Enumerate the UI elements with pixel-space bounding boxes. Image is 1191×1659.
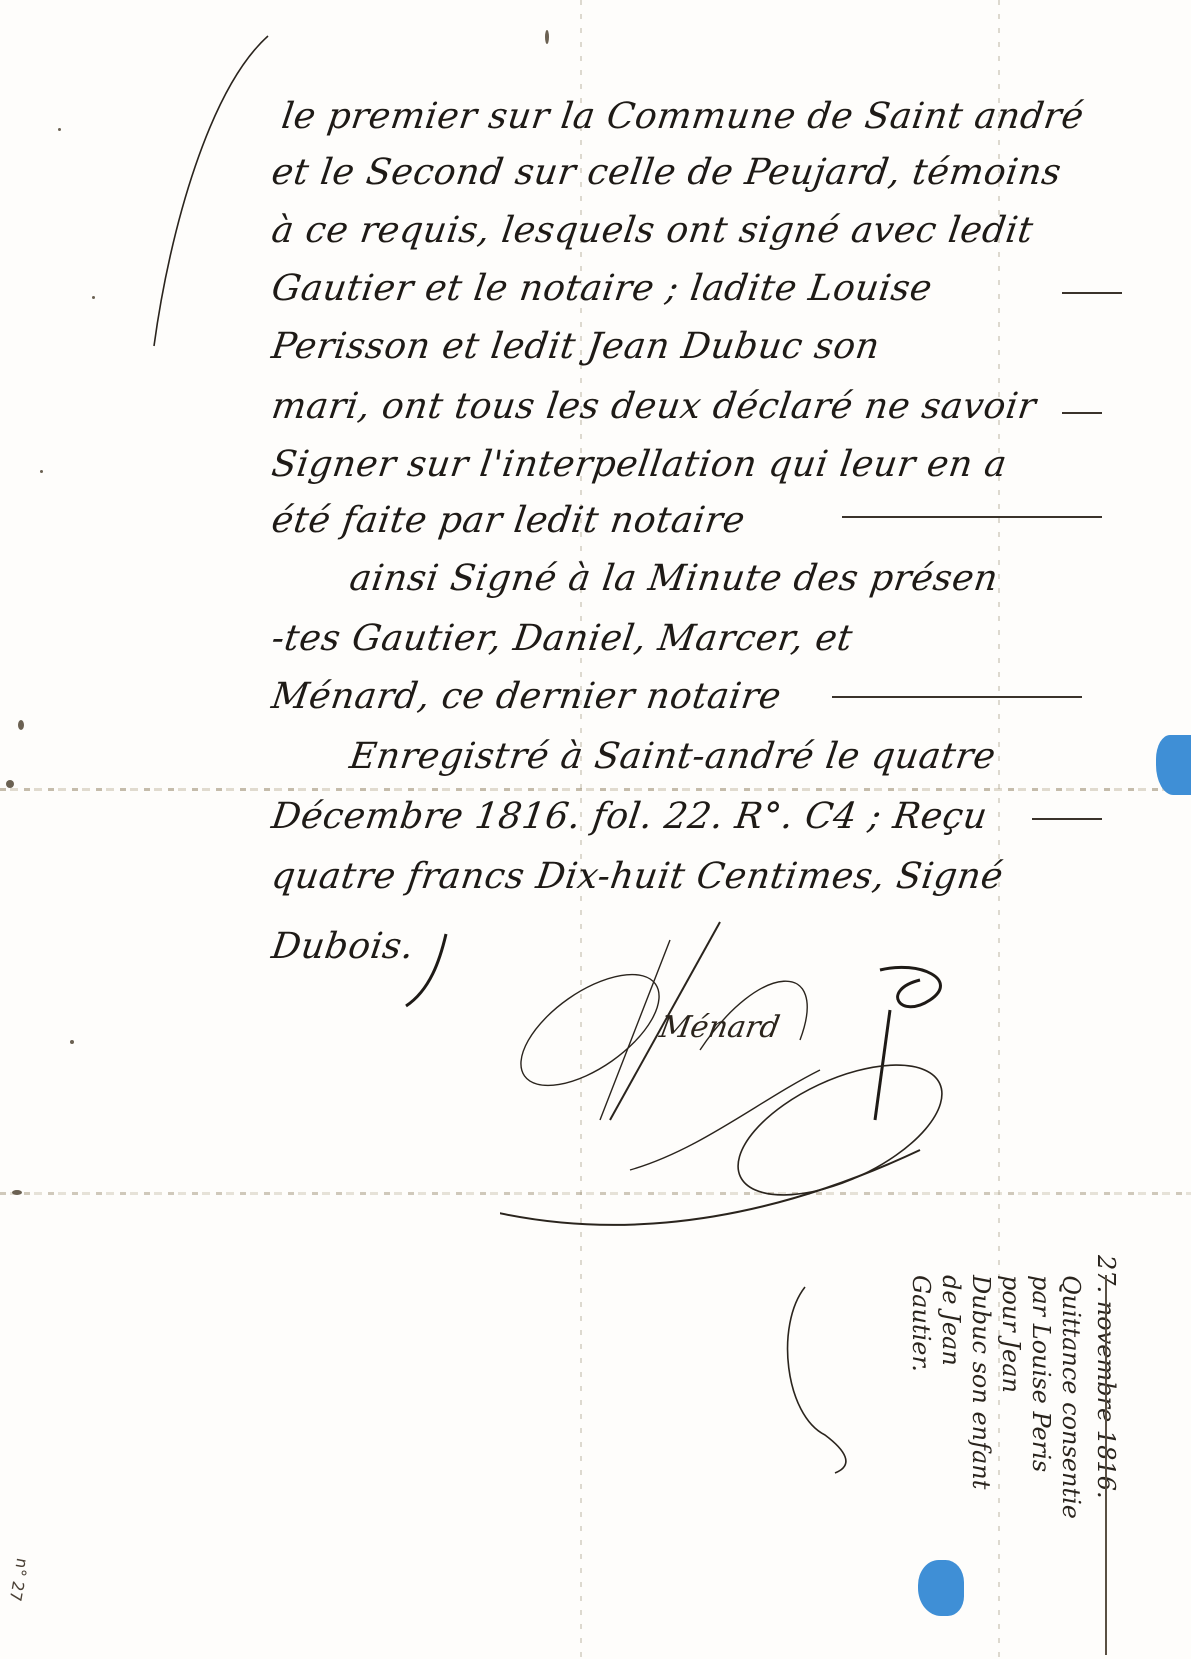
body-line-9: ainsi Signé à la Minute des présen (347, 558, 1001, 599)
margin-note-line-5: de Jean (937, 1275, 965, 1366)
line-filler-rule (832, 696, 1082, 698)
body-line-15: Dubois. (269, 926, 416, 967)
margin-note-rule (1105, 1275, 1107, 1655)
fold-line-horizontal-1 (0, 788, 1191, 791)
line-filler-rule (1032, 818, 1102, 820)
body-line-14: quatre francs Dix-huit Centimes, Signé (269, 856, 1006, 897)
paper-speck (18, 720, 24, 730)
body-line-8: été faite par ledit notaire (269, 500, 748, 541)
document-page: le premier sur la Commune de Saint andré… (0, 0, 1191, 1659)
paper-speck (40, 470, 43, 473)
body-line-13: Décembre 1816. fol. 22. R°. C4 ; Reçu (269, 796, 990, 837)
closing-stroke (400, 930, 460, 1010)
body-line-7: Signer sur l'interpellation qui leur en … (269, 444, 1009, 485)
body-line-6: mari, ont tous les deux déclaré ne savoi… (269, 386, 1039, 427)
body-line-11: Ménard, ce dernier notaire (269, 676, 784, 717)
body-line-12: Enregistré à Saint-andré le quatre (347, 736, 998, 777)
body-line-1: le premier sur la Commune de Saint andré (279, 96, 1086, 137)
margin-flourish (150, 28, 270, 348)
paper-speck (70, 1040, 74, 1044)
paper-speck (12, 1190, 22, 1195)
margin-note-line-2: par Louise Peris (1027, 1275, 1055, 1472)
paper-speck (545, 30, 549, 44)
line-filler-rule (1062, 412, 1102, 414)
body-line-2: et le Second sur celle de Peujard, témoi… (269, 152, 1064, 193)
blue-patch-right (1156, 735, 1191, 795)
margin-note-bracket (775, 1285, 865, 1475)
margin-note-line-6: Gautier. (907, 1275, 935, 1372)
body-line-10: -tes Gautier, Daniel, Marcer, et (269, 618, 855, 659)
blue-patch-bottom (918, 1560, 964, 1616)
paper-speck (58, 128, 61, 131)
margin-note-line-4: Dubuc son enfant (967, 1275, 995, 1489)
paper-speck (6, 780, 14, 788)
line-filler-rule (1062, 292, 1122, 294)
body-line-5: Perisson et ledit Jean Dubuc son (269, 326, 882, 367)
corner-number-mark: n° 27 (6, 1557, 32, 1603)
margin-note-line-3: pour Jean (997, 1275, 1025, 1393)
body-line-3: à ce requis, lesquels ont signé avec led… (269, 210, 1036, 251)
margin-note-line-1: Quittance consentie (1057, 1275, 1085, 1519)
body-line-4: Gautier et le notaire ; ladite Louise (269, 268, 935, 309)
signature-flourish (500, 920, 1000, 1250)
line-filler-rule (842, 516, 1102, 518)
signature-name: Ménard (657, 1010, 782, 1045)
paper-speck (92, 296, 95, 299)
